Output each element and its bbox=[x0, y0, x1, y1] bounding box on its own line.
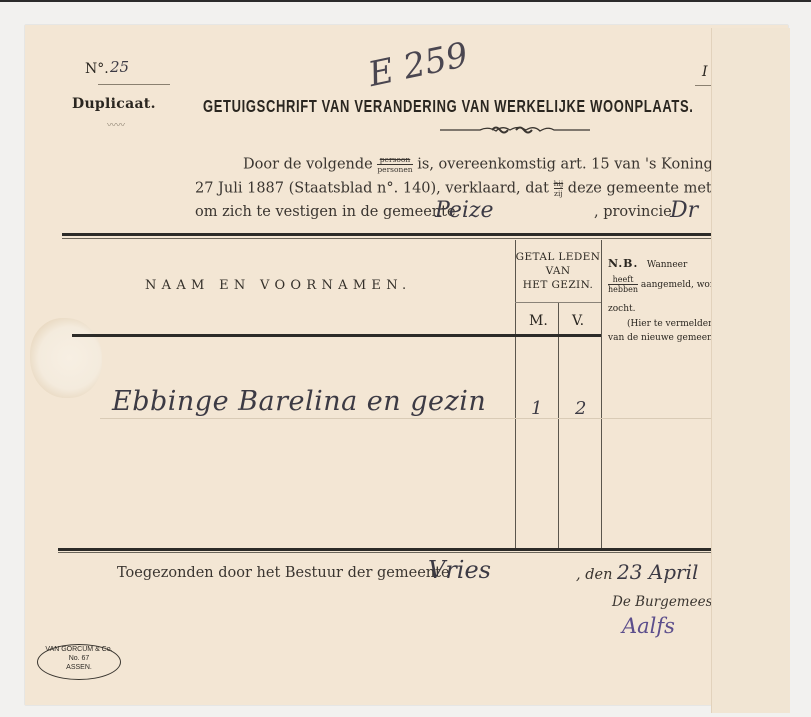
sent-by-label: Toegezonden door het Bestuur der gemeent… bbox=[117, 565, 450, 581]
gezin-subheader-rule bbox=[515, 302, 601, 303]
column-header-gezin: GETAL LEDEN VAN HET GEZIN. bbox=[515, 250, 601, 292]
provincie-value: Dr bbox=[670, 198, 698, 223]
stamp-line-3: ASSEN. bbox=[38, 663, 120, 672]
fraction-bottom: zij bbox=[554, 189, 564, 198]
intro-line-1: Door de volgende persoon personen is, ov… bbox=[243, 155, 711, 174]
fraction-top: persoon bbox=[377, 155, 412, 165]
nb-line-1: N.B. Wanneer bbox=[608, 258, 687, 271]
nb-label: N.B. bbox=[608, 257, 638, 270]
signature: Aalfs bbox=[622, 614, 675, 638]
provincie-label: , provincie bbox=[594, 204, 672, 220]
fraction-bottom: hebben bbox=[608, 285, 638, 294]
intro-line-1-suffix: is, overeenkomstig art. 15 van 's Koning… bbox=[417, 157, 711, 173]
table-top-rule-thin bbox=[62, 238, 711, 239]
column-divider-m bbox=[558, 302, 559, 548]
nb-line-1-text: Wanneer bbox=[647, 260, 687, 270]
duplicate-ornament: 〰〰 bbox=[107, 118, 125, 131]
table-bottom-rule bbox=[58, 548, 711, 551]
folded-paper-flap bbox=[711, 28, 790, 713]
document-title: GETUIGSCHRIFT VAN VERANDERING VAN WERKEL… bbox=[203, 96, 711, 117]
nb-line-2: heeft hebben aangemeld, word bbox=[608, 275, 711, 294]
header-bottom-rule bbox=[72, 334, 601, 337]
row-name: Ebbinge Barelina en gezin bbox=[112, 386, 486, 417]
column-header-name: NAAM EN VOORNAMEN. bbox=[145, 278, 412, 293]
nb-line-2-text: aangemeld, word bbox=[641, 280, 711, 290]
table-bottom-rule-thin bbox=[58, 552, 711, 553]
column-header-v: V. bbox=[572, 313, 584, 329]
sent-by-gemeente: Vries bbox=[428, 556, 491, 584]
date-value: 23 April bbox=[617, 560, 698, 584]
duplicate-label: Duplicaat. bbox=[72, 96, 156, 112]
date-label: , den bbox=[576, 567, 612, 583]
stamp-line-1: VAN GORCUM & Co. bbox=[38, 645, 120, 654]
number-value: 25 bbox=[110, 58, 129, 76]
gezin-header-line-2: VAN bbox=[515, 264, 601, 278]
signer-title: De Burgemeester bbox=[612, 594, 711, 610]
destination-gemeente: Peize bbox=[435, 198, 493, 223]
intro-line-2-prefix: 27 Juli 1887 (Staatsblad n°. 140), verkl… bbox=[195, 181, 549, 197]
right-edge-fragment: I bbox=[702, 64, 708, 80]
gezin-header-line-1: GETAL LEDEN bbox=[515, 250, 601, 264]
fraction-top: heeft bbox=[608, 275, 638, 285]
nb-line-5: van de nieuwe gemeente waar men zich bbox=[608, 332, 711, 344]
title-ornament-icon bbox=[440, 124, 590, 136]
right-edge-line bbox=[695, 85, 711, 86]
nb-line-3: zocht. bbox=[608, 303, 635, 315]
number-label: N°. bbox=[85, 61, 109, 77]
fraction-top: hij bbox=[554, 179, 564, 189]
gezin-header-line-3: HET GEZIN. bbox=[515, 278, 601, 292]
document-content: N°. 25 Duplicaat. 〰〰 E 259 GETUIGSCHRIFT… bbox=[0, 0, 711, 717]
fraction-bottom: personen bbox=[377, 165, 412, 174]
intro-line-2: 27 Juli 1887 (Staatsblad n°. 140), verkl… bbox=[195, 179, 711, 198]
number-underline bbox=[98, 84, 170, 85]
column-header-m: M. bbox=[529, 313, 548, 329]
column-divider-v bbox=[601, 240, 602, 548]
nb-line-4: (Hier te vermelden straat bbox=[627, 318, 711, 330]
row-baseline bbox=[100, 418, 711, 419]
printer-stamp: VAN GORCUM & Co. No. 67 ASSEN. bbox=[37, 644, 121, 680]
row-m-count: 1 bbox=[531, 398, 542, 419]
stamp-line-2: No. 67 bbox=[38, 654, 120, 663]
nb-fraction: heeft hebben bbox=[608, 275, 638, 294]
intro-pronoun-fraction: hij zij bbox=[554, 179, 564, 198]
title-container: GETUIGSCHRIFT VAN VERANDERING VAN WERKEL… bbox=[200, 92, 711, 122]
intro-line-3-prefix: om zich te vestigen in de gemeente bbox=[195, 204, 456, 220]
handwritten-reference: E 259 bbox=[365, 35, 472, 95]
table-top-rule bbox=[62, 233, 711, 236]
intro-line-1-prefix: Door de volgende bbox=[243, 157, 373, 173]
row-v-count: 2 bbox=[575, 398, 586, 419]
intro-persons-fraction: persoon personen bbox=[377, 155, 412, 174]
intro-line-2-suffix: deze gemeente met der bbox=[568, 181, 711, 197]
